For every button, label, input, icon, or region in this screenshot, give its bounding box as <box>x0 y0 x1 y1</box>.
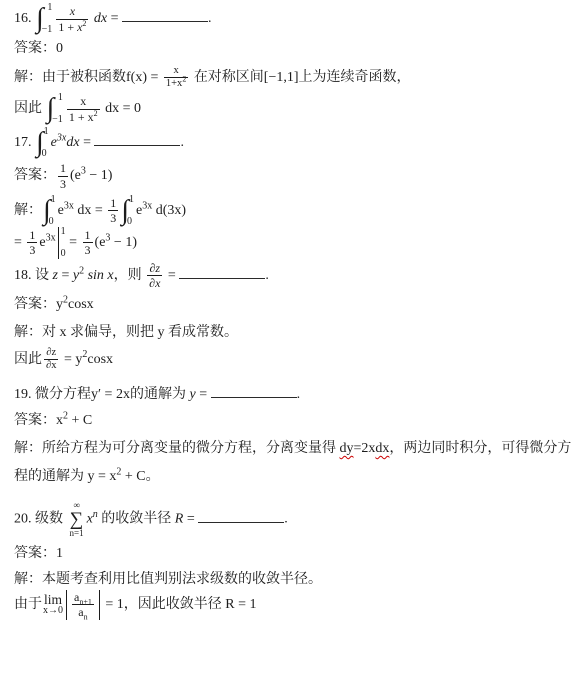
integral-upper-limit: 1 <box>44 127 49 137</box>
superscript: 2 <box>182 75 186 84</box>
fraction: 13 <box>83 228 93 258</box>
fraction-numerator: 1 <box>27 228 37 243</box>
integral-upper-limit: 1 <box>58 93 63 103</box>
integral-limits: 1−1 <box>44 3 53 35</box>
integral: ∫1−1 <box>47 93 63 125</box>
fraction-denominator: ∂x <box>147 276 162 290</box>
fraction-denominator: ∂x <box>44 360 58 372</box>
q20-solution-2: 由于limx→0an+1an = 1，因此收敛半径 R = 1 <box>14 590 566 620</box>
superscript: 3 <box>81 166 86 177</box>
fraction-denominator: 1 + x2 <box>67 110 100 124</box>
fraction-numerator: 1 <box>58 161 68 176</box>
fraction: 13 <box>108 196 118 226</box>
q19-answer: 答案：x2 + C <box>14 411 566 431</box>
superscript: 2 <box>79 265 84 276</box>
integral-lower-limit: −1 <box>52 115 63 125</box>
fraction-denominator: 1 + x2 <box>56 20 88 34</box>
math-variable: z <box>53 268 58 283</box>
answer-blank <box>211 384 297 398</box>
superscript: 3x <box>57 133 66 144</box>
q20-question: 20. 级数 ∞∑n=1xn 的收敛半径 R = . <box>14 501 566 538</box>
summation-sign: ∑ <box>70 510 84 529</box>
integral-upper-limit: 1 <box>129 195 134 205</box>
evaluation-bar: 10 <box>58 227 66 259</box>
integral: ∫10 <box>43 195 56 227</box>
q17-question: 17. ∫10e3xdx = . <box>14 127 566 159</box>
fraction-denominator: 3 <box>83 243 93 257</box>
q17-solution-1: 解：∫10e3x dx = 13∫10e3x d(3x) <box>14 195 566 227</box>
q18-solution-2: 因此∂z∂x = y2cosx <box>14 347 566 372</box>
fraction: x1 + x2 <box>56 4 88 34</box>
integral-upper-limit: 1 <box>51 195 56 205</box>
superscript: 3x <box>46 232 56 243</box>
q16-answer: 答案：0 <box>14 39 566 59</box>
fraction-denominator: an <box>72 605 94 619</box>
superscript: 2 <box>94 109 98 118</box>
q19-solution-2: 程的通解为 y = x2 + C。 <box>14 467 566 487</box>
superscript: 2 <box>63 294 68 305</box>
evaluation-lower: 0 <box>61 249 66 259</box>
integral-lower-limit: −1 <box>42 25 53 35</box>
integral: ∫10 <box>36 127 49 159</box>
fraction-numerator: ∂z <box>147 261 162 276</box>
fraction: an+1an <box>72 590 94 620</box>
answer-blank <box>179 265 265 279</box>
q16-question: 16. ∫1−1x1 + x2 dx = . <box>14 3 566 35</box>
fraction: 13 <box>58 161 68 191</box>
answer-blank <box>198 509 284 523</box>
superscript: 3 <box>105 232 110 243</box>
q16-solution-1: 解：由于被积函数f(x) = x1+x2 在对称区间[−1,1]上为连续奇函数， <box>14 65 566 90</box>
q19-solution-1: 解：所给方程为可分离变量的微分方程，分离变量得 dy=2xdx，两边同时积分，可… <box>14 439 566 459</box>
summation: ∞∑n=1 <box>70 501 84 538</box>
integral-lower-limit: 0 <box>127 217 132 227</box>
spellcheck-flagged-text: dy <box>340 441 354 456</box>
superscript: n <box>93 509 98 520</box>
math-variable: sin x <box>88 268 114 283</box>
fraction-numerator: an+1 <box>72 590 94 605</box>
fraction-numerator: 1 <box>108 196 118 211</box>
superscript: 2 <box>63 410 68 421</box>
fraction-numerator: x <box>56 4 88 19</box>
superscript: 3x <box>142 200 152 211</box>
fraction: 13 <box>27 228 37 258</box>
superscript: 2 <box>116 466 121 477</box>
math-variable: ∂x <box>149 276 160 290</box>
fraction-denominator: 3 <box>108 211 118 225</box>
fraction-numerator: ∂z <box>44 347 58 360</box>
q20-answer: 答案：1 <box>14 544 566 564</box>
fraction: x1+x2 <box>164 65 188 90</box>
fraction-denominator: 1+x2 <box>164 78 188 90</box>
spellcheck-flagged-text: dx <box>375 441 389 456</box>
q17-solution-2: = 13e3x10 = 13(e3 − 1) <box>14 227 566 259</box>
integral: ∫10 <box>121 195 134 227</box>
integral-limits: 10 <box>44 127 49 159</box>
math-variable: ∂z <box>149 261 160 275</box>
limit-subscript: x→0 <box>43 606 63 616</box>
evaluation-upper: 1 <box>61 227 66 237</box>
integral-lower-limit: 0 <box>42 149 47 159</box>
q18-solution-1: 解：对 x 求偏导，则把 y 看成常数。 <box>14 323 566 343</box>
math-variable: 3x <box>57 133 66 144</box>
q16-solution-2: 因此 ∫1−1x1 + x2 dx = 0 <box>14 93 566 125</box>
q20-solution-1: 解：本题考查利用比值判别法求级数的收敛半径。 <box>14 570 566 590</box>
fraction: ∂z∂x <box>147 261 162 291</box>
fraction: ∂z∂x <box>44 347 58 372</box>
integral-limits: 1−1 <box>54 93 63 125</box>
fraction: x1 + x2 <box>67 94 100 124</box>
q18-question: 18. 设 z = y2 sin x，则 ∂z∂x = . <box>14 261 566 291</box>
q18-answer: 答案：y2cosx <box>14 295 566 315</box>
fraction-denominator: 3 <box>58 177 68 191</box>
integral-limits: 10 <box>51 195 56 227</box>
document-page: 16. ∫1−1x1 + x2 dx = .答案：0解：由于被积函数f(x) =… <box>0 0 572 620</box>
absolute-value: an+1an <box>66 590 100 620</box>
answer-blank <box>122 8 208 22</box>
subscript: n <box>84 613 88 622</box>
math-variable: dx <box>94 11 107 26</box>
math-variable: R <box>175 512 184 527</box>
superscript: 2 <box>82 19 86 28</box>
limit: limx→0 <box>43 593 63 617</box>
q17-answer: 答案：13(e3 − 1) <box>14 161 566 191</box>
math-variable: n <box>93 509 98 520</box>
math-variable: y <box>189 387 195 402</box>
superscript: 2 <box>82 349 87 360</box>
limit-label: lim <box>44 593 62 607</box>
summation-lower-limit: n=1 <box>70 529 84 538</box>
integral: ∫1−1 <box>36 3 52 35</box>
integral-limits: 10 <box>129 195 134 227</box>
math-variable: dx <box>66 135 79 150</box>
fraction-denominator: 3 <box>27 243 37 257</box>
integral-upper-limit: 1 <box>47 3 52 13</box>
superscript: 3x <box>64 200 74 211</box>
fraction-numerator: 1 <box>83 228 93 243</box>
answer-blank <box>94 132 180 146</box>
q19-question: 19. 微分方程y′ = 2x的通解为 y = . <box>14 384 566 405</box>
integral-lower-limit: 0 <box>49 217 54 227</box>
fraction-numerator: x <box>67 94 100 109</box>
math-variable: x <box>70 4 75 18</box>
